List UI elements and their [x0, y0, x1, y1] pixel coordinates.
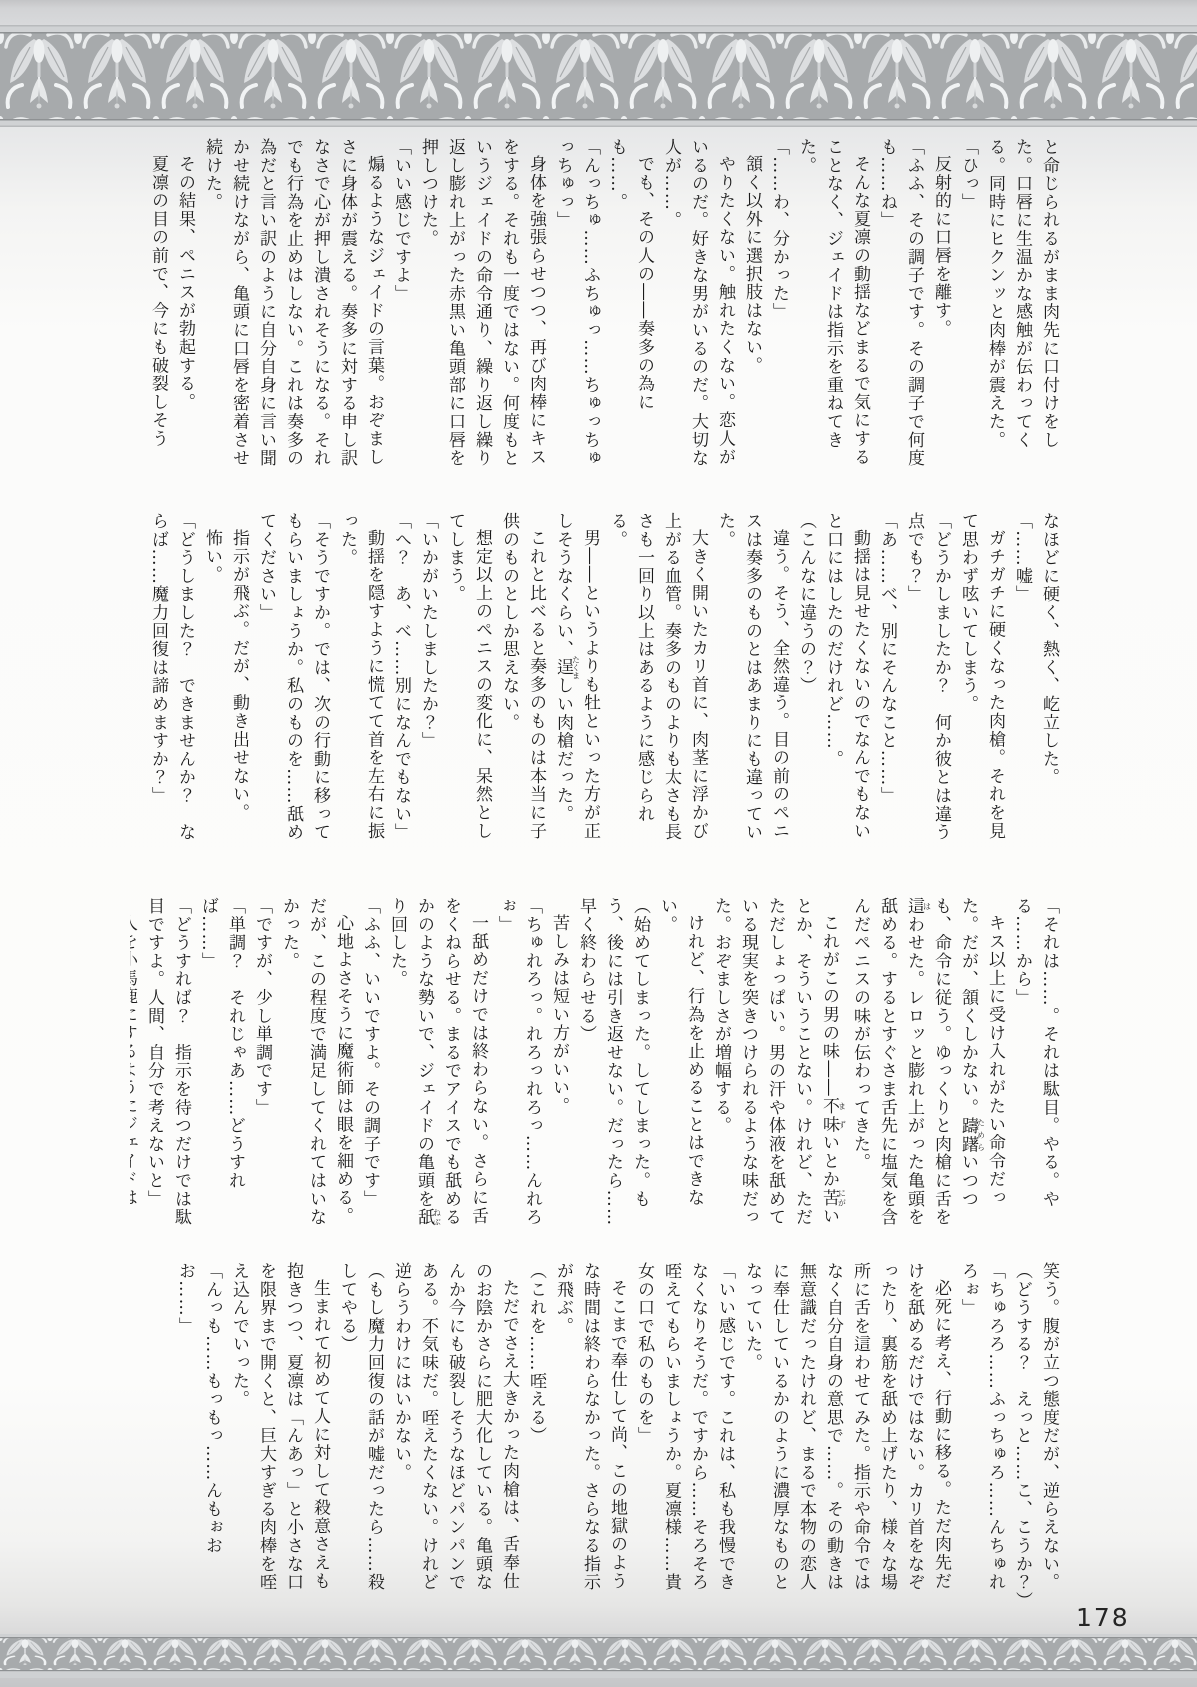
paragraph: 違う。そう、全然違う。目の前のペニスは奏多のものとはあまりにも違っていた。: [711, 512, 792, 852]
paragraph: なほどに硬く、熱く、屹立した。: [1035, 512, 1062, 852]
ornamental-border-top: [0, 25, 1197, 127]
paragraph: 人を小馬鹿にするようにジェイドは: [130, 897, 140, 1237]
paragraph: 大きく開いたカリ首に、肉茎に浮かび上がる血管。奏多のものよりも太さも長さも一回り…: [603, 512, 711, 852]
paragraph: 「……わ、分かった」: [765, 138, 792, 478]
paragraph: 「へ？ あ、べ……別になんでもない」: [387, 512, 414, 852]
paragraph: 男――というよりも牡といった方が正しそうなくらい、逞たくましい肉槍だった。: [549, 512, 603, 852]
paragraph: 「んっちゅ……ふちゅっ……ちゅっちゅっちゅっ」: [549, 138, 603, 478]
paragraph: 「んっも……もっもっ……んもぉおお……」: [171, 1262, 225, 1602]
paragraph: ガチガチに硬くなった肉槍。それを見て思わず呟いてしまう。: [954, 512, 1008, 852]
paragraph: 「ですが、少し単調です」: [248, 897, 275, 1237]
paragraph: 「どうすれば？ 指示を待つだけでは駄目ですよ。人間、自分で考えないと」: [140, 897, 194, 1237]
paragraph: これと比べると奏多のものは本当に子供のものとしか思えない。: [495, 512, 549, 852]
paragraph: 「ひっ」: [954, 138, 981, 478]
paragraph: 反射的に口唇を離す。: [927, 138, 954, 478]
paragraph: 「そうですか。では、次の行動に移ってもらいましょうか。私のものを……舐めてくださ…: [252, 512, 333, 852]
paragraph: 「ふふ、その調子です。その調子で何度も……ね」: [873, 138, 927, 478]
paragraph: そこまで奉仕して尚、この地獄のような時間は終わらなかった。さらなる指示が飛ぶ。: [549, 1262, 630, 1602]
paragraph: と命じられるがまま肉先に口付けをした。口唇に生温かな感触が伝わってくる。同時にヒ…: [981, 138, 1062, 478]
paragraph: 「ふふ、いいですよ。その調子です」: [356, 897, 383, 1237]
paragraph: 指示が飛ぶ。だが、動き出せない。: [225, 512, 252, 852]
paragraph: 「あ……べ、別にそんなこと……」: [873, 512, 900, 852]
paragraph: 動揺は見せたくないのでなんでもないと口にはしたのだけれど……。: [819, 512, 873, 852]
paragraph: 苦しみは短い方がいい。: [545, 897, 572, 1237]
paragraph: （どうする？ えっと……こ、こうか？）: [1008, 1262, 1035, 1602]
paragraph: （もし魔力回復の話が嘘だったら……殺してやる）: [333, 1262, 387, 1602]
paragraph: 笑う。腹が立つ態度だが、逆らえない。: [1035, 1262, 1062, 1602]
paragraph: キス以上に受け入れがたい命令だった。だが、頷くしかない。躊躇ためらいつつも、命令…: [846, 897, 1008, 1237]
paragraph: 想定以上のペニスの変化に、呆然としてしまう。: [441, 512, 495, 852]
paragraph: 「どうかしましたか？ 何か彼とは違う点でも？」: [900, 512, 954, 852]
paragraph: けれど、行為を止めることはできない。: [653, 897, 707, 1237]
paragraph: これがこの男の味――不味まずいとか苦にがいとか、そういうことない。けれど、ただた…: [707, 897, 846, 1237]
paragraph: 「いい感じです。これは、私も我慢できなくなりそうだ。ですから……そろそろ咥えても…: [630, 1262, 738, 1602]
paragraph: 身体を強張らせつつ、再び肉棒にキスをする。それも一度ではない。何度もというジェイ…: [414, 138, 549, 478]
paragraph: 「いい感じですよ」: [387, 138, 414, 478]
paragraph: そんな夏凛の動揺などまるで気にすることなく、ジェイドは指示を重ねてきた。: [792, 138, 873, 478]
page-number: 178: [1076, 1603, 1130, 1632]
paragraph: （これを……咥える）: [522, 1262, 549, 1602]
ornamental-border-bottom: [0, 1634, 1197, 1678]
text-band-2: なほどに硬く、熱く、屹立した。「……嘘」ガチガチに硬くなった肉槍。それを見て思わ…: [130, 512, 1062, 852]
paragraph: 「どうしました？ できませんか？ ならば……魔力回復は諦めますか？」: [144, 512, 198, 852]
paragraph: 「単調？ それじゃあ……どうすれば……」: [194, 897, 248, 1237]
paragraph: ただでさえ大きかった肉槍は、舌奉仕のお陰かさらに肥大化している。亀頭なんか今にも…: [387, 1262, 522, 1602]
paragraph: 「ちゅれろっ。れろっれろっ……んれろぉ」: [491, 897, 545, 1237]
book-page: { "page_number": "178", "content": { "se…: [0, 0, 1197, 1687]
paragraph: 心地よさそうに魔術師は眼を細める。だが、この程度で満足してくれてはいなかった。: [275, 897, 356, 1237]
paragraph: 煽るようなジェイドの言葉。おぞましさに身体が震える。奏多に対する申し訳なさで心が…: [198, 138, 387, 478]
paragraph: 「ちゅろろ……ふっちゅろ……んちゅれろぉ」: [954, 1262, 1008, 1602]
paragraph: 「……嘘」: [1008, 512, 1035, 852]
paragraph: 「それは……。それは駄目。やる。やる……から」: [1008, 897, 1062, 1237]
text-band-1: と命じられるがまま肉先に口付けをした。口唇に生温かな感触が伝わってくる。同時にヒ…: [130, 138, 1062, 478]
paragraph: （こんなに違うの？）: [792, 512, 819, 852]
paragraph: （始めてしまった。してしまった。もう、後には引き返せない。だったら……早く終わら…: [572, 897, 653, 1237]
paragraph: でも、その人の――奏多の為にも……。: [603, 138, 657, 478]
paragraph: 夏凛の目の前で、今にも破裂しそう: [144, 138, 171, 478]
paragraph: 「いかがいたしましたか？」: [414, 512, 441, 852]
paragraph: 怖い。: [198, 512, 225, 852]
text-band-3: 「それは……。それは駄目。やる。やる……から」キス以上に受け入れがたい命令だった…: [130, 897, 1062, 1237]
paragraph: やりたくない。触れたくない。恋人がいるのだ。好きな男がいるのだ。大切な人が……。: [657, 138, 738, 478]
paragraph: 動揺を隠すように慌てて首を左右に振った。: [333, 512, 387, 852]
paragraph: 一舐めだけでは終わらない。さらに舌をくねらせる。まるでアイスでも舐めるかのような…: [383, 897, 491, 1237]
paragraph: 生まれて初めて人に対して殺意さえも抱きつつ、夏凛は「んあっ」と小さな口を限界まで…: [225, 1262, 333, 1602]
paragraph: 頷く以外に選択肢はない。: [738, 138, 765, 478]
paragraph: 必死に考え、行動に移る。ただ肉先だけを舐めるだけではない。カリ首をなぞったり、裏…: [738, 1262, 954, 1602]
text-band-4: 笑う。腹が立つ態度だが、逆らえない。（どうする？ えっと……こ、こうか？）「ちゅ…: [130, 1262, 1062, 1602]
paragraph: その結果、ペニスが勃起する。: [171, 138, 198, 478]
